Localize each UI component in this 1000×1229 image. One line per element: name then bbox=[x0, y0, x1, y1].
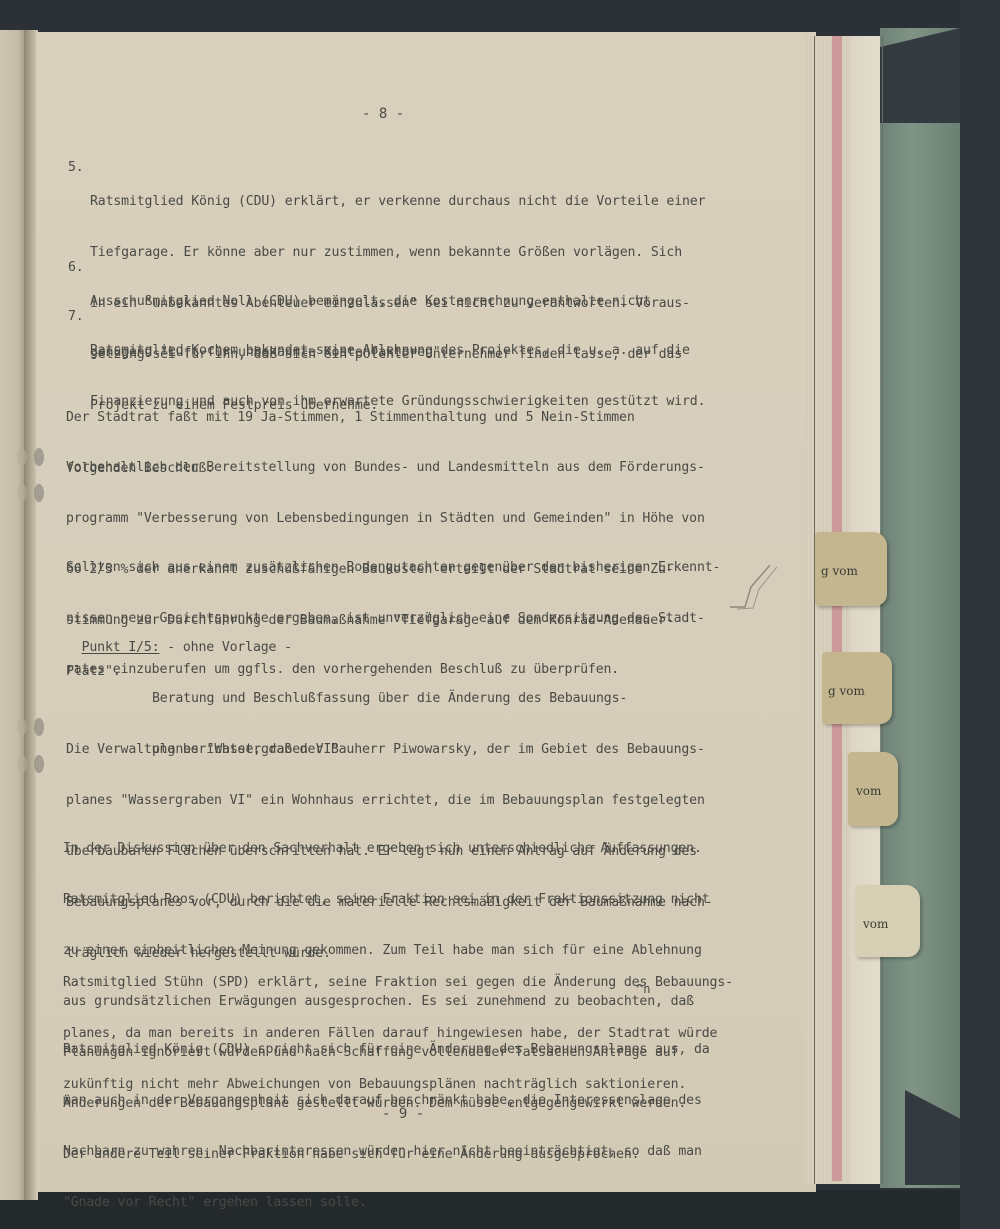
agenda-item-note: - ohne Vorlage - bbox=[160, 640, 292, 655]
text-line: Sollten sich aus einem zusätzlichen Bode… bbox=[66, 559, 720, 576]
item-number: 7. bbox=[68, 308, 84, 325]
agenda-item-heading: Punkt I/5: - ohne Vorlage - bbox=[66, 622, 292, 656]
index-tab-line: g vom bbox=[828, 684, 886, 698]
text-line: Ratsmitglied König (CDU) erklärt, er ver… bbox=[90, 193, 705, 210]
punch-hole bbox=[34, 448, 44, 466]
item-number: 5. bbox=[68, 159, 84, 176]
book-cover-dark bbox=[960, 0, 1000, 1229]
punch-hole bbox=[17, 755, 27, 773]
text-line: Nachbarn zu wahren. Nachbarinteressen wü… bbox=[63, 1143, 710, 1160]
punch-hole bbox=[34, 484, 44, 502]
text-line: In der Diskussion über den Sachverhalt e… bbox=[63, 840, 710, 857]
index-tab[interactable]: vom 1977 VII bbox=[848, 752, 898, 826]
text-line: Ratsmitglied Roos (CDU) berichtet, seine… bbox=[63, 891, 710, 908]
index-tab-line: vom bbox=[863, 917, 914, 931]
item-number: 6. bbox=[68, 259, 84, 276]
pencil-mark bbox=[725, 565, 785, 615]
page-edge-pink bbox=[832, 36, 842, 1181]
index-tab-line: vom bbox=[856, 784, 892, 798]
text-line: Die Verwaltung berichtet, daß der Bauher… bbox=[66, 741, 713, 758]
text-line: Beratung und Beschlußfassung über die Än… bbox=[152, 690, 627, 707]
punch-hole bbox=[34, 755, 44, 773]
text-line: Ratsmitglied Stühn (SPD) erklärt, seine … bbox=[63, 974, 733, 991]
text-line: Der Stadtrat faßt mit 19 Ja-Stimmen, 1 S… bbox=[66, 409, 635, 426]
page-number-bottom: - 9 - bbox=[382, 1106, 424, 1122]
text-line: Vorbehaltlich der Bereitstellung von Bun… bbox=[66, 459, 705, 476]
index-tab[interactable]: vom 1977 VII bbox=[855, 885, 920, 957]
index-tab[interactable]: g vom 1977 . VII bbox=[822, 652, 892, 724]
text-line: Ratsmitglied Kochem bekundet seine Ableh… bbox=[90, 342, 705, 359]
correction-mark: ^n bbox=[636, 982, 650, 996]
page-number-top: - 8 - bbox=[362, 106, 404, 122]
punch-hole bbox=[17, 718, 27, 736]
text-line: Ratsmitglied König (CDU) spricht sich fü… bbox=[63, 1041, 710, 1058]
agenda-item-label: Punkt I/5: bbox=[82, 640, 160, 655]
punch-hole bbox=[17, 484, 27, 502]
text-line: "Gnade vor Recht" ergehen lassen solle. bbox=[63, 1194, 710, 1211]
index-tab[interactable]: g vom . 1977 . VII bbox=[815, 532, 887, 606]
page-stack-line bbox=[882, 36, 883, 1184]
punch-hole bbox=[34, 718, 44, 736]
punch-hole bbox=[17, 448, 27, 466]
page-stack-line bbox=[814, 36, 815, 1184]
page-stack-inner bbox=[850, 36, 880, 1184]
left-page-edge bbox=[0, 30, 26, 1200]
book-cover-green bbox=[880, 28, 960, 1188]
index-tab-line: g vom bbox=[821, 564, 881, 578]
